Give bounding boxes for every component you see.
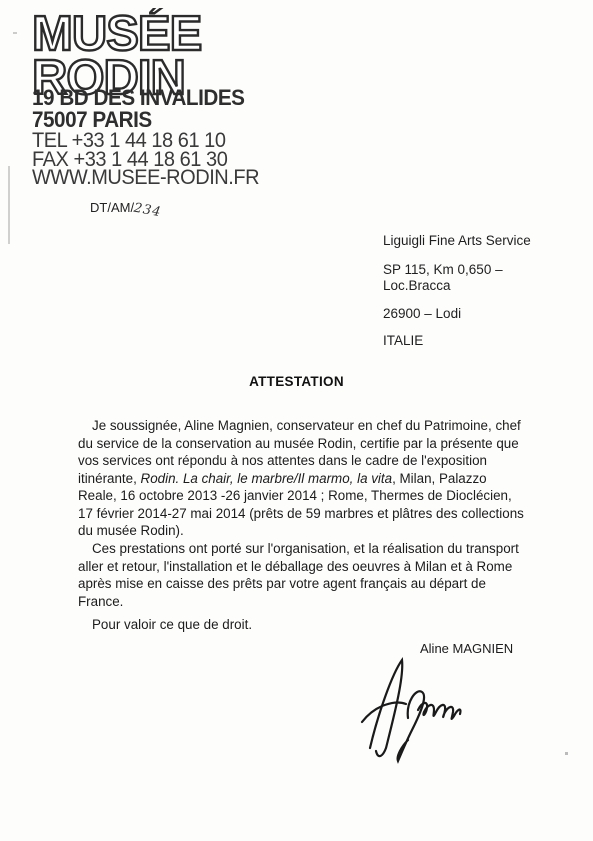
scan-edge-artifact — [8, 166, 10, 244]
document-title: ATTESTATION — [0, 374, 593, 389]
reference-typed: DT/AM/ — [90, 200, 134, 215]
recipient-locality: Loc.Bracca — [383, 278, 531, 295]
scanned-letter-page: MUSÉE RODIN 19 BD DES INVALIDES 75007 PA… — [0, 0, 593, 841]
reference-number: DT/AM/234 — [90, 200, 162, 216]
reference-handwritten: 234 — [133, 201, 163, 221]
exhibition-title-italic: Rodin. La chair, le marbre/Il marmo, la … — [141, 471, 393, 486]
letterhead-website: WWW.MUSEE-RODIN.FR — [32, 165, 259, 190]
recipient-street: SP 115, Km 0,650 – — [383, 262, 531, 279]
paragraph-services: Ces prestations ont porté sur l'organisa… — [78, 540, 525, 610]
paragraph-attestation: Je soussignée, Aline Magnien, conservate… — [78, 417, 525, 540]
recipient-postal-city: 26900 – Lodi — [383, 306, 531, 323]
handwritten-signature — [352, 652, 474, 764]
scan-speck — [565, 752, 568, 755]
recipient-address-block: Liguigli Fine Arts Service SP 115, Km 0,… — [383, 233, 531, 350]
scan-speck — [13, 32, 17, 34]
closing-formula: Pour valoir ce que de droit. — [78, 616, 525, 634]
recipient-name: Liguigli Fine Arts Service — [383, 233, 531, 250]
recipient-country: ITALIE — [383, 333, 531, 350]
